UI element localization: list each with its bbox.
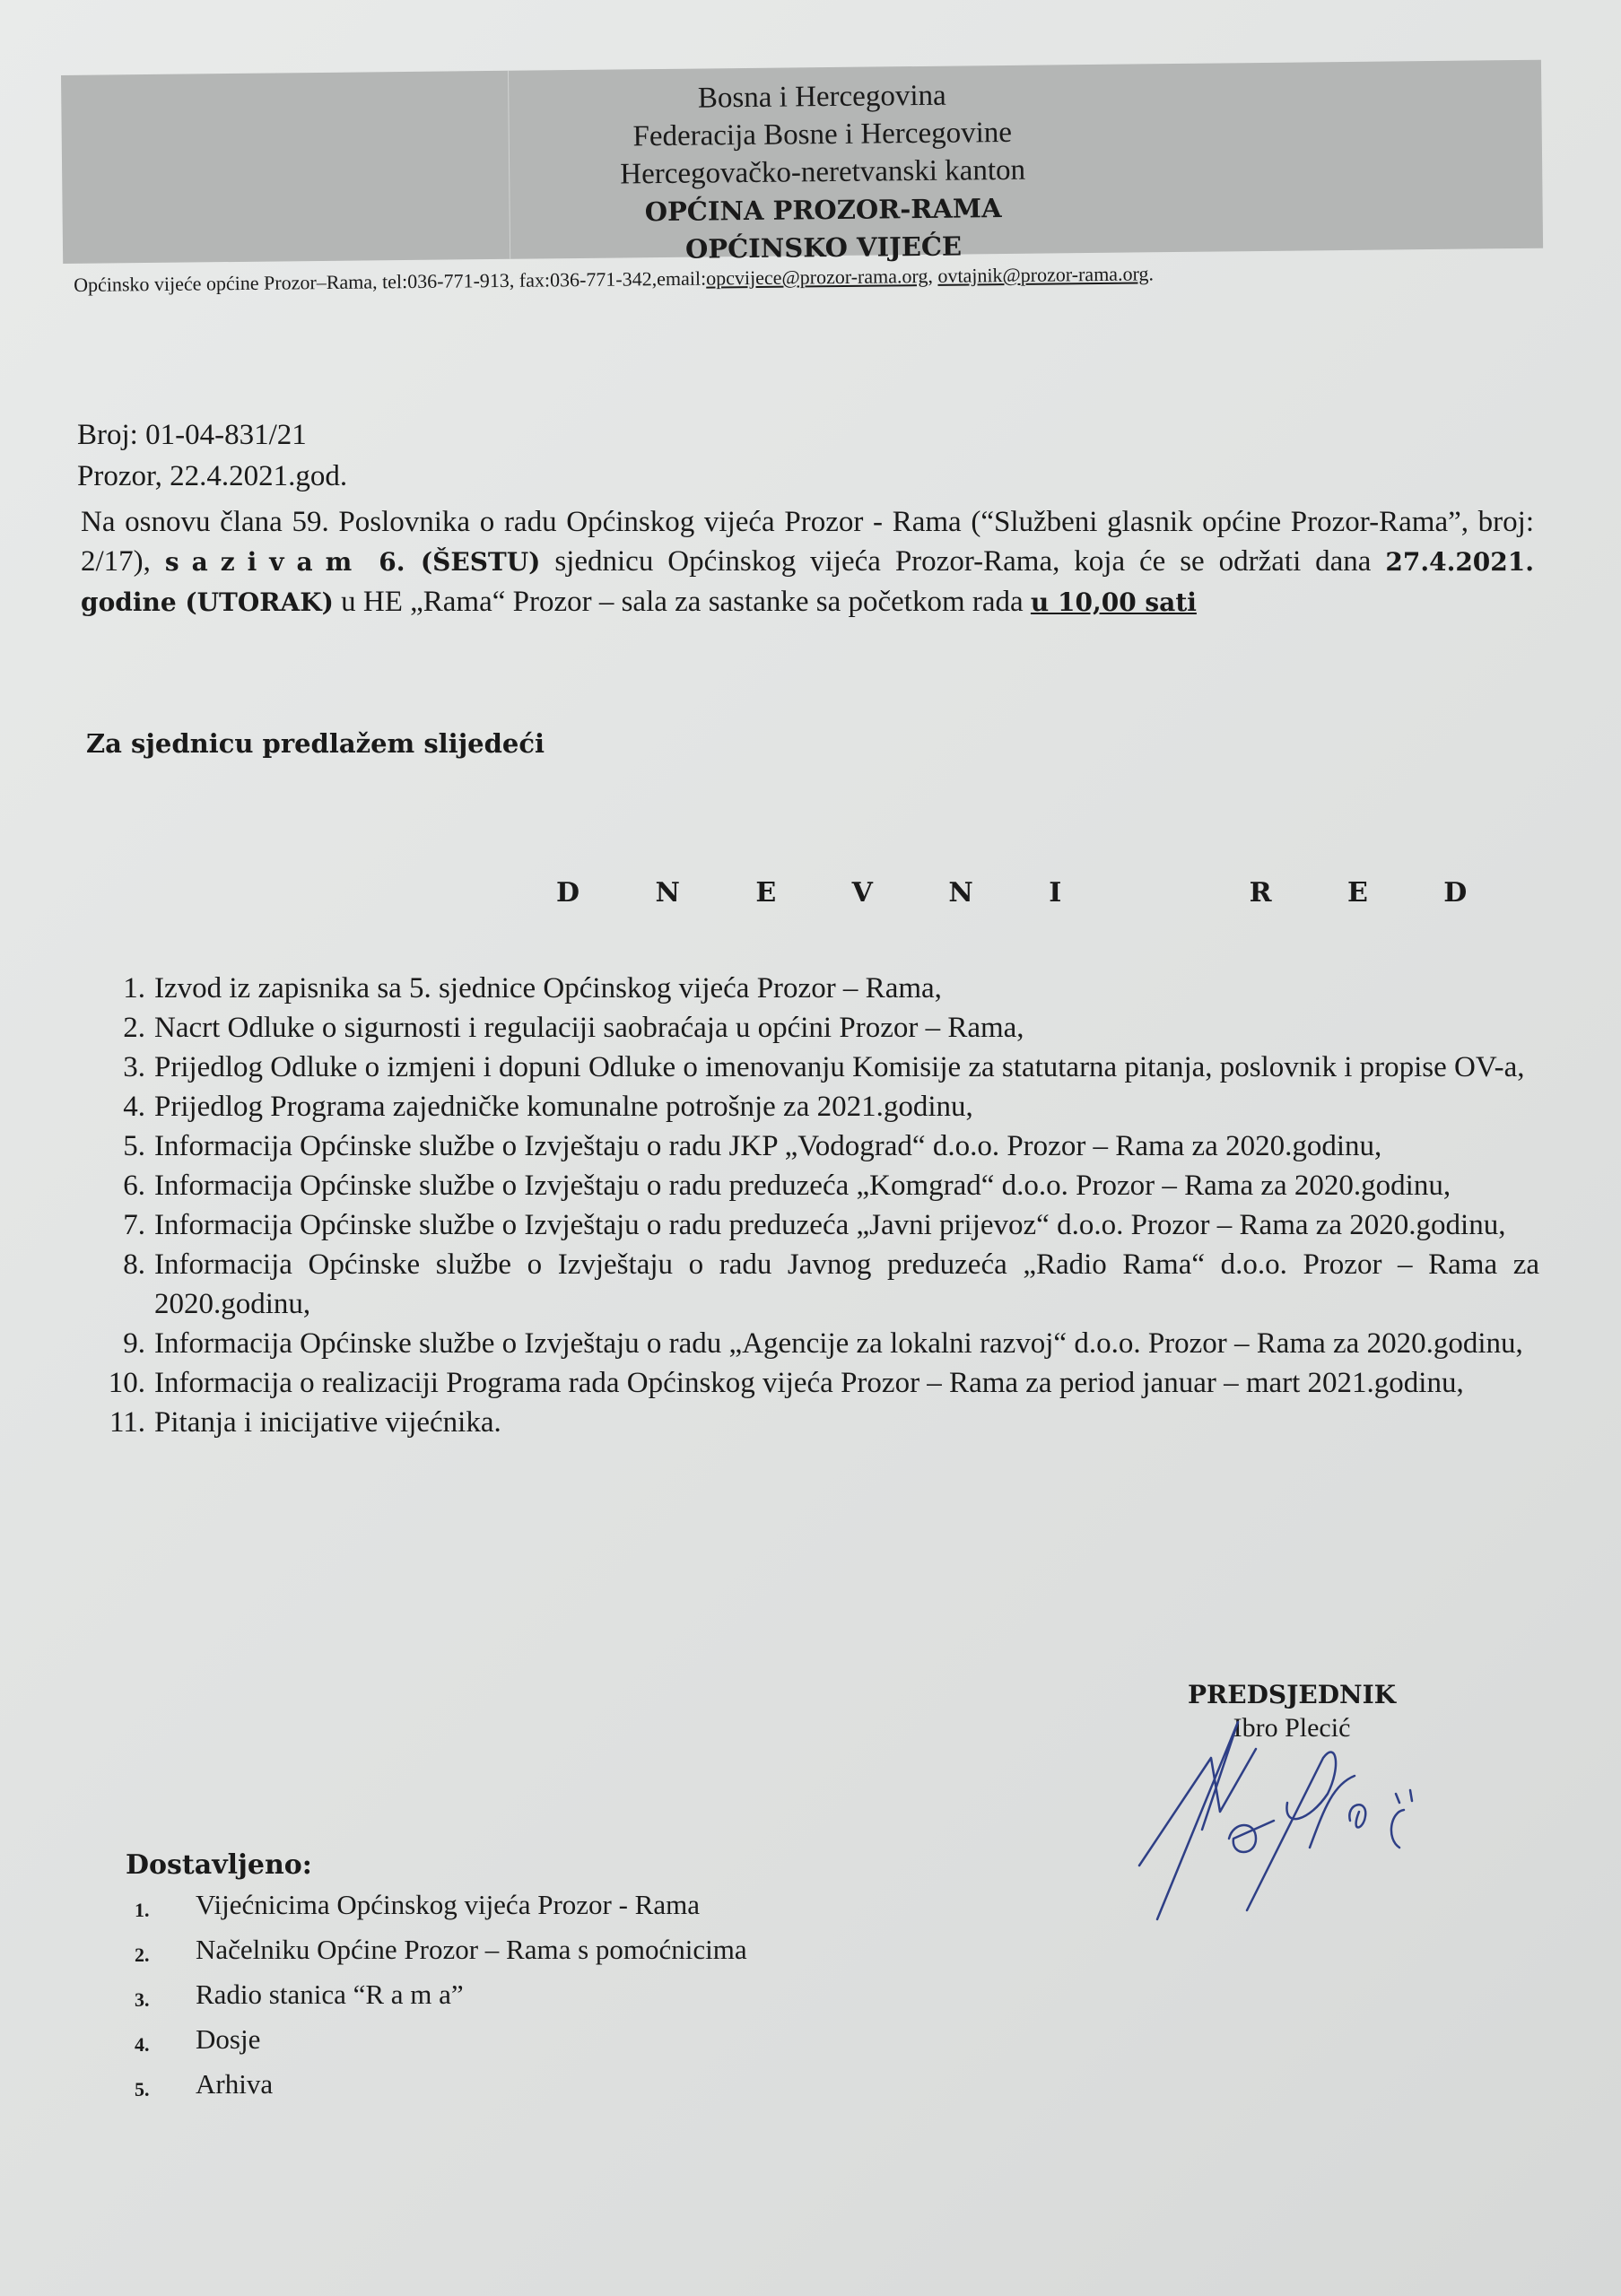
distribution-item: 1.Vijećnicima Općinskog vijeća Prozor - … <box>135 1885 747 1930</box>
letterhead-federation: Federacija Bosne i Hercegovine <box>571 113 1074 156</box>
intro-text-2: sjednicu Općinskog vijeća Prozor-Rama, k… <box>554 545 1385 578</box>
reference-number: Broj: 01-04-831/21 <box>77 414 347 456</box>
agenda-item-number: 11. <box>90 1403 154 1442</box>
agenda-item: 4.Prijedlog Programa zajedničke komunaln… <box>90 1087 1539 1126</box>
letterhead-divider <box>508 71 510 259</box>
agenda-item: 5.Informacija Općinske službe o Izvješta… <box>90 1126 1539 1166</box>
distribution-item: 2.Načelniku Općine Prozor – Rama s pomoć… <box>135 1930 747 1975</box>
distribution-item-number: 1. <box>135 1885 196 1930</box>
place-date: Prozor, 22.4.2021.god. <box>77 456 347 497</box>
agenda-item-text: Prijedlog Programa zajedničke komunalne … <box>154 1087 1539 1126</box>
agenda-item-text: Prijedlog Odluke o izmjeni i dopuni Odlu… <box>154 1048 1539 1087</box>
agenda-item-number: 3. <box>90 1048 154 1087</box>
agenda-item-text: Informacija Općinske službe o Izvještaju… <box>154 1166 1539 1205</box>
agenda-item-text: Informacija Općinske službe o Izvještaju… <box>154 1324 1539 1363</box>
letterhead-municipality: OPĆINA PROZOR-RAMA <box>571 188 1074 231</box>
agenda-list: 1.Izvod iz zapisnika sa 5. sjednice Opći… <box>90 969 1539 1442</box>
distribution-item-number: 2. <box>135 1930 196 1975</box>
letterhead-council: OPĆINSKO VIJEĆE <box>572 226 1075 269</box>
intro-text-3: u HE „Rama“ Prozor – sala za sastanke sa… <box>341 586 1031 618</box>
agenda-item-text: Nacrt Odluke o sigurnosti i regulaciji s… <box>154 1008 1539 1048</box>
agenda-item: 10.Informacija o realizaciji Programa ra… <box>90 1363 1539 1403</box>
agenda-item: 11.Pitanja i inicijative vijećnika. <box>90 1403 1539 1442</box>
agenda-item-number: 1. <box>90 969 154 1008</box>
agenda-item-number: 7. <box>90 1205 154 1245</box>
agenda-item-text: Izvod iz zapisnika sa 5. sjednice Općins… <box>154 969 1539 1008</box>
agenda-item-number: 8. <box>90 1245 154 1324</box>
agenda-item-number: 6. <box>90 1166 154 1205</box>
email-link-council[interactable]: opcvijece@prozor-rama.org <box>706 265 928 290</box>
intro-session: 6. (ŠESTU) <box>379 547 540 577</box>
agenda-item-text: Informacija Općinske službe o Izvještaju… <box>154 1205 1539 1245</box>
proposal-label: Za sjednicu predlažem slijedeći <box>86 728 545 759</box>
agenda-item-text: Informacija o realizaciji Programa rada … <box>154 1363 1539 1403</box>
document-page: Bosna i Hercegovina Federacija Bosne i H… <box>0 0 1621 2296</box>
agenda-item-text: Pitanja i inicijative vijećnika. <box>154 1403 1539 1442</box>
letterhead-canton: Hercegovačko-neretvanski kanton <box>571 151 1074 194</box>
agenda-item-number: 5. <box>90 1126 154 1166</box>
agenda-item-number: 9. <box>90 1324 154 1363</box>
agenda-item-number: 4. <box>90 1087 154 1126</box>
contact-suffix: . <box>1148 262 1154 284</box>
distribution-list: 1.Vijećnicima Općinskog vijeća Prozor - … <box>135 1885 747 2109</box>
distribution-item-number: 4. <box>135 2020 196 2065</box>
distribution-item-text: Radio stanica “R a m a” <box>196 1975 464 2020</box>
distribution-item-text: Vijećnicima Općinskog vijeća Prozor - Ra… <box>196 1885 700 1930</box>
agenda-item: 3.Prijedlog Odluke o izmjeni i dopuni Od… <box>90 1048 1539 1087</box>
agenda-item-text: Informacija Općinske službe o Izvještaju… <box>154 1126 1539 1166</box>
distribution-item: 5.Arhiva <box>135 2065 747 2109</box>
document-meta: Broj: 01-04-831/21 Prozor, 22.4.2021.god… <box>77 414 347 497</box>
letterhead-band: Bosna i Hercegovina Federacija Bosne i H… <box>61 60 1543 264</box>
contact-prefix: Općinsko vijeće općine Prozor–Rama, tel:… <box>74 267 706 296</box>
intro-paragraph: Na osnovu člana 59. Poslovnika o radu Op… <box>81 502 1534 622</box>
agenda-title: D N E V N I R E D <box>556 877 1486 909</box>
email-link-secretary[interactable]: ovtajnik@prozor-rama.org <box>937 262 1148 286</box>
agenda-item: 9.Informacija Općinske službe o Izvješta… <box>90 1324 1539 1363</box>
distribution-item: 3.Radio stanica “R a m a” <box>135 1975 747 2020</box>
letterhead-text: Bosna i Hercegovina Federacija Bosne i H… <box>571 65 1075 269</box>
distribution-item-text: Dosje <box>196 2020 260 2065</box>
agenda-item: 7.Informacija Općinske službe o Izvješta… <box>90 1205 1539 1245</box>
agenda-item: 6.Informacija Općinske službe o Izvješta… <box>90 1166 1539 1205</box>
contact-separator: , <box>928 265 937 287</box>
letterhead-country: Bosna i Hercegovina <box>571 75 1073 118</box>
agenda-item-number: 10. <box>90 1363 154 1403</box>
intro-time: u 10,00 sati <box>1031 587 1197 617</box>
agenda-item-number: 2. <box>90 1008 154 1048</box>
distribution-item: 4.Dosje <box>135 2020 747 2065</box>
agenda-item: 2.Nacrt Odluke o sigurnosti i regulaciji… <box>90 1008 1539 1048</box>
distribution-item-text: Načelniku Općine Prozor – Rama s pomoćni… <box>196 1930 747 1975</box>
distribution-item-number: 3. <box>135 1975 196 2020</box>
agenda-item-text: Informacija Općinske službe o Izvještaju… <box>154 1245 1539 1324</box>
handwritten-signature-icon <box>1130 1704 1489 1937</box>
agenda-item: 8.Informacija Općinske službe o Izvješta… <box>90 1245 1539 1324</box>
agenda-item: 1.Izvod iz zapisnika sa 5. sjednice Opći… <box>90 969 1539 1008</box>
distribution-item-number: 5. <box>135 2065 196 2109</box>
distribution-item-text: Arhiva <box>196 2065 273 2109</box>
intro-convene: sazivam <box>165 547 364 577</box>
distribution-label: Dostavljeno: <box>126 1849 312 1881</box>
